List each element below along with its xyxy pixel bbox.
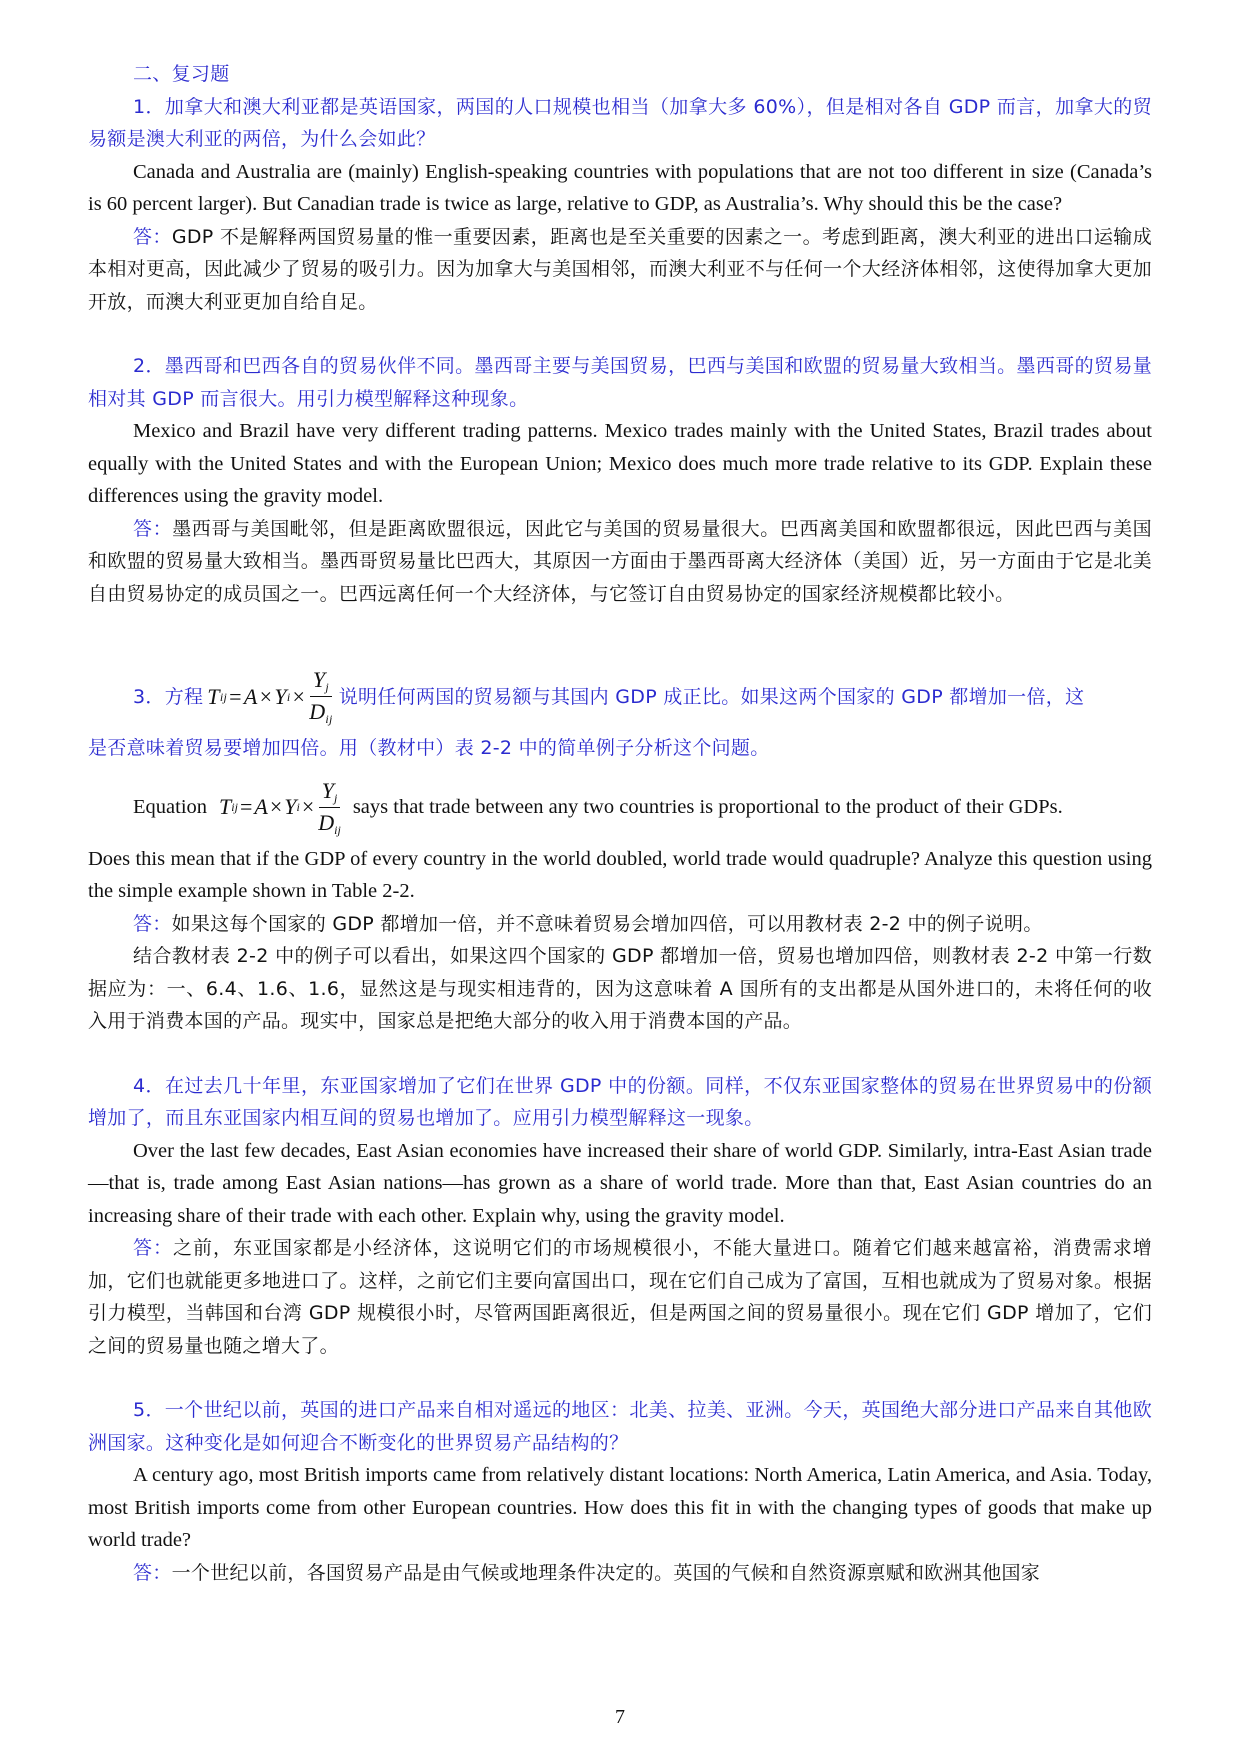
q3-question-en-line1: Equation Tij = A × Yi × Yj Dij says that… bbox=[88, 777, 1152, 839]
formula-fraction: Yj Dij bbox=[309, 669, 332, 725]
fraction-numerator: Yj bbox=[319, 780, 341, 808]
formula-Yi-sub: i bbox=[296, 791, 299, 824]
spacer bbox=[88, 765, 1152, 777]
q4-answer: 答：之前，东亚国家都是小经济体，这说明它们的市场规模很小，不能大量进口。随着它们… bbox=[88, 1232, 1152, 1362]
q4-question-en: Over the last few decades, East Asian ec… bbox=[88, 1135, 1152, 1233]
formula-Yj: Y bbox=[313, 667, 326, 692]
spacer bbox=[88, 1362, 1152, 1394]
q3-question-line1: 3．方程 Tij = A × Yi × Yj Dij 说明任何两国的贸易额与其国… bbox=[88, 666, 1152, 728]
formula-A: A bbox=[244, 681, 258, 714]
answer-label: 答： bbox=[133, 518, 172, 540]
q4-question-zh: 4．在过去几十年里，东亚国家增加了它们在世界 GDP 中的份额。同样，不仅东亚国… bbox=[88, 1070, 1152, 1135]
formula-times: × bbox=[260, 681, 273, 714]
formula-Yi: Y bbox=[284, 791, 296, 824]
spacer bbox=[88, 318, 1152, 350]
formula-T: T bbox=[207, 681, 220, 714]
formula-Yi-sub: i bbox=[287, 681, 291, 714]
q3-suffix-line1: 说明任何两国的贸易额与其国内 GDP 成正比。如果这两个国家的 GDP 都增加一… bbox=[339, 681, 1085, 714]
spacer bbox=[88, 610, 1152, 666]
q3-en-suffix: says that trade between any two countrie… bbox=[353, 791, 1063, 824]
formula-times: × bbox=[270, 791, 282, 824]
q2-question-zh: 2．墨西哥和巴西各自的贸易伙伴不同。墨西哥主要与美国贸易，巴西与美国和欧盟的贸易… bbox=[88, 350, 1152, 415]
q3-prefix: 3．方程 bbox=[133, 681, 203, 714]
answer-label: 答： bbox=[133, 1237, 173, 1259]
q5-answer: 答：一个世纪以前，各国贸易产品是由气候或地理条件决定的。英国的气候和自然资源禀赋… bbox=[88, 1557, 1152, 1590]
formula-D: D bbox=[309, 699, 325, 724]
formula-D-sub: ij bbox=[325, 712, 332, 726]
fraction-numerator: Yj bbox=[310, 669, 332, 697]
q5-question-zh: 5．一个世纪以前，英国的进口产品来自相对遥远的地区：北美、拉美、亚洲。今天，英国… bbox=[88, 1394, 1152, 1459]
answer-label: 答： bbox=[133, 913, 172, 935]
formula-Yj: Y bbox=[322, 778, 334, 803]
section-title: 二、复习题 bbox=[88, 58, 1152, 91]
q3-answer-p1: 答：如果这每个国家的 GDP 都增加一倍，并不意味着贸易会增加四倍，可以用教材表… bbox=[88, 908, 1152, 941]
spacer bbox=[88, 1038, 1152, 1070]
formula-eq: = bbox=[240, 791, 252, 824]
answer-label: 答： bbox=[133, 226, 172, 248]
q3-question-en-rest: Does this mean that if the GDP of every … bbox=[88, 843, 1152, 908]
fraction-denominator: Dij bbox=[309, 697, 332, 725]
q2-question-en: Mexico and Brazil have very different tr… bbox=[88, 415, 1152, 513]
q3-answer-p2: 结合教材表 2-2 中的例子可以看出，如果这四个国家的 GDP 都增加一倍，贸易… bbox=[88, 940, 1152, 1038]
gravity-equation-en: Tij = A × Yi × Yj Dij bbox=[219, 780, 341, 836]
q3-question-line2: 是否意味着贸易要增加四倍。用（教材中）表 2-2 中的简单例子分析这个问题。 bbox=[88, 732, 1152, 765]
q2-answer: 答：墨西哥与美国毗邻，但是距离欧盟很远，因此它与美国的贸易量很大。巴西离美国和欧… bbox=[88, 513, 1152, 611]
formula-fraction: Yj Dij bbox=[318, 780, 341, 836]
formula-D: D bbox=[318, 810, 334, 835]
q1-question-zh: 1．加拿大和澳大利亚都是英语国家，两国的人口规模也相当（加拿大多 60%），但是… bbox=[88, 91, 1152, 156]
formula-T-sub: ij bbox=[231, 791, 238, 824]
formula-eq: = bbox=[229, 681, 242, 714]
formula-T-sub: ij bbox=[220, 681, 227, 714]
q3-answer-p1-text: 如果这每个国家的 GDP 都增加一倍，并不意味着贸易会增加四倍，可以用教材表 2… bbox=[172, 913, 1043, 935]
answer-label: 答： bbox=[133, 1562, 172, 1584]
q1-question-en: Canada and Australia are (mainly) Englis… bbox=[88, 156, 1152, 221]
q5-answer-text: 一个世纪以前，各国贸易产品是由气候或地理条件决定的。英国的气候和自然资源禀赋和欧… bbox=[172, 1562, 1041, 1584]
q3-en-prefix: Equation bbox=[133, 791, 207, 824]
q4-answer-text: 之前，东亚国家都是小经济体，这说明它们的市场规模很小，不能大量进口。随着它们越来… bbox=[88, 1237, 1152, 1357]
formula-times: × bbox=[293, 681, 306, 714]
fraction-denominator: Dij bbox=[318, 808, 341, 836]
q1-answer: 答：GDP 不是解释两国贸易量的惟一重要因素，距离也是至关重要的因素之一。考虑到… bbox=[88, 221, 1152, 319]
page-number: 7 bbox=[0, 1706, 1240, 1729]
formula-D-sub: ij bbox=[334, 823, 341, 837]
q2-answer-text: 墨西哥与美国毗邻，但是距离欧盟很远，因此它与美国的贸易量很大。巴西离美国和欧盟都… bbox=[88, 518, 1152, 605]
q5-question-en: A century ago, most British imports came… bbox=[88, 1459, 1152, 1557]
formula-T: T bbox=[219, 791, 231, 824]
formula-A: A bbox=[254, 791, 267, 824]
formula-Yj-sub: j bbox=[334, 791, 337, 805]
q1-answer-text: GDP 不是解释两国贸易量的惟一重要因素，距离也是至关重要的因素之一。考虑到距离… bbox=[88, 226, 1152, 313]
gravity-equation: Tij = A × Yi × Yj Dij bbox=[207, 669, 332, 725]
formula-Yi: Y bbox=[274, 681, 287, 714]
document-page: 二、复习题 1．加拿大和澳大利亚都是英语国家，两国的人口规模也相当（加拿大多 6… bbox=[88, 58, 1152, 1589]
formula-times: × bbox=[302, 791, 314, 824]
formula-Yj-sub: j bbox=[325, 680, 329, 694]
